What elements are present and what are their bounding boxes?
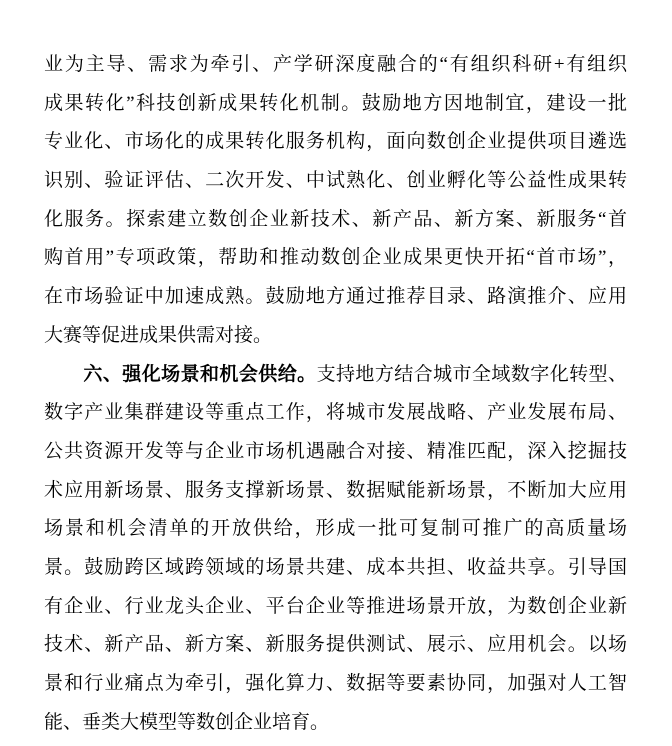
text-line: 购首用”专项政策，帮助和推动数创企业成果更快开拓“首市场”，	[44, 239, 627, 278]
text-line: 业为主导、需求为牵引、产学研深度融合的“有组织科研+有组织	[44, 46, 627, 85]
text-line: 公共资源开发等与企业市场机遇融合对接、精准匹配，深入挖掘技	[44, 433, 627, 472]
text-line: 大赛等促进成果供需对接。	[44, 317, 627, 356]
document-text-block: 业为主导、需求为牵引、产学研深度融合的“有组织科研+有组织 成果转化”科技创新成…	[44, 46, 627, 742]
text-line: 专业化、市场化的成果转化服务机构，面向数创企业提供项目遴选	[44, 123, 627, 162]
text-line: 数字产业集群建设等重点工作，将城市发展战略、产业发展布局、	[44, 394, 627, 433]
text-line: 景和行业痛点为牵引，强化算力、数据等要素协同，加强对人工智	[44, 665, 627, 704]
text-line: 识别、验证评估、二次开发、中试熟化、创业孵化等公益性成果转	[44, 162, 627, 201]
paragraph-section-6: 六、强化场景和机会供给。支持地方结合城市全域数字化转型、 数字产业集群建设等重点…	[44, 356, 627, 743]
text-line: 术应用新场景、服务支撑新场景、数据赋能新场景，不断加大应用	[44, 472, 627, 511]
text-line: 场景和机会清单的开放供给，形成一批可复制可推广的高质量场	[44, 510, 627, 549]
paragraph-indent	[44, 379, 83, 380]
document-page: 业为主导、需求为牵引、产学研深度融合的“有组织科研+有组织 成果转化”科技创新成…	[0, 0, 672, 746]
section-6-heading: 六、强化场景和机会供给。	[83, 364, 317, 385]
text-line: 技术、新产品、新方案、新服务提供测试、展示、应用机会。以场	[44, 626, 627, 665]
text-run: 支持地方结合城市全域数字化转型、	[317, 364, 627, 385]
text-line: 景。鼓励跨区域跨领域的场景共建、成本共担、收益共享。引导国	[44, 549, 627, 588]
text-line: 能、垂类大模型等数创企业培育。	[44, 704, 627, 743]
text-line: 六、强化场景和机会供给。支持地方结合城市全域数字化转型、	[44, 356, 627, 395]
text-line: 成果转化”科技创新成果转化机制。鼓励地方因地制宜，建设一批	[44, 85, 627, 124]
text-line: 化服务。探索建立数创企业新技术、新产品、新方案、新服务“首	[44, 201, 627, 240]
paragraph-continuation: 业为主导、需求为牵引、产学研深度融合的“有组织科研+有组织 成果转化”科技创新成…	[44, 46, 627, 356]
text-line: 在市场验证中加速成熟。鼓励地方通过推荐目录、路演推介、应用	[44, 278, 627, 317]
text-line: 有企业、行业龙头企业、平台企业等推进场景开放，为数创企业新	[44, 588, 627, 627]
